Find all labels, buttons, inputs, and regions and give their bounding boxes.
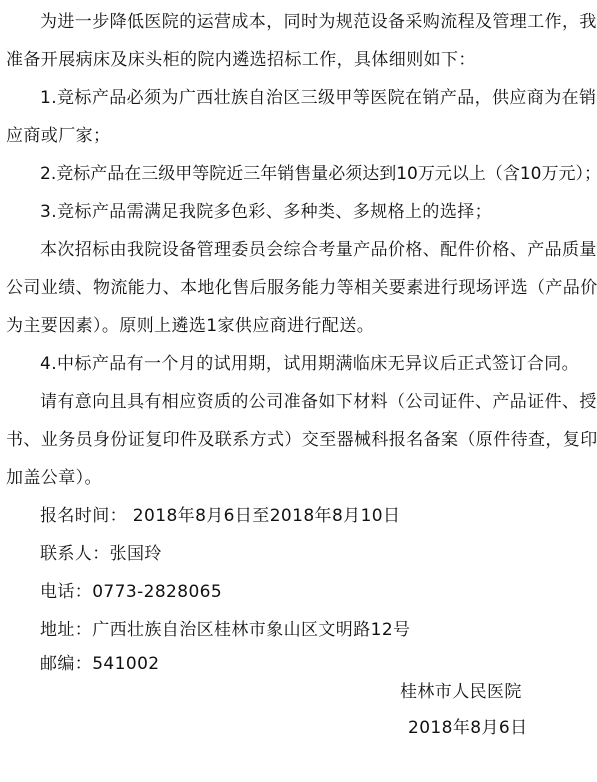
item-1-line-2: 应商或厂家； (6, 125, 110, 147)
postcode: 邮编：541002 (40, 653, 160, 675)
materials-line-2: 书、业务员身份证复印件及联系方式）交至器械科报名备案（原件待查，复印件 (6, 429, 597, 451)
address: 地址：广西壮族自治区桂林市象山区文明路12号 (40, 619, 410, 641)
signature-date: 2018年8月6日 (408, 717, 528, 739)
materials-line-1: 请有意向且具有相应资质的公司准备如下材料（公司证件、产品证件、授权 (40, 391, 597, 413)
intro-line-1: 为进一步降低医院的运营成本，同时为规范设备采购流程及管理工作，我院 (40, 11, 597, 33)
phone-number: 电话：0773-2828065 (40, 581, 222, 603)
signature-organization: 桂林市人民医院 (400, 681, 522, 703)
evaluation-line-1: 本次招标由我院设备管理委员会综合考量产品价格、配件价格、产品质量、 (40, 239, 597, 261)
item-4: 4.中标产品有一个月的试用期，试用期满临床无异议后正式签订合同。 (40, 353, 579, 375)
contact-person: 联系人：张国玲 (40, 543, 162, 565)
item-2: 2.竞标产品在三级甲等院近三年销售量必须达到10万元以上（含10万元）； (40, 163, 597, 185)
item-1-line-1: 1.竞标产品必须为广西壮族自治区三级甲等医院在销产品，供应商为在销供 (40, 87, 597, 109)
item-3: 3.竞标产品需满足我院多色彩、多种类、多规格上的选择； (40, 201, 492, 223)
registration-time: 报名时间： 2018年8月6日至2018年8月10日 (40, 505, 400, 527)
evaluation-line-3: 为主要因素）。原则上遴选1家供应商进行配送。 (6, 315, 374, 337)
evaluation-line-2: 公司业绩、物流能力、本地化售后服务能力等相关要素进行现场评选（产品价格 (6, 277, 597, 299)
intro-line-2: 准备开展病床及床头柜的院内遴选招标工作，具体细则如下： (6, 49, 476, 71)
materials-line-3: 加盖公章）。 (6, 467, 102, 489)
